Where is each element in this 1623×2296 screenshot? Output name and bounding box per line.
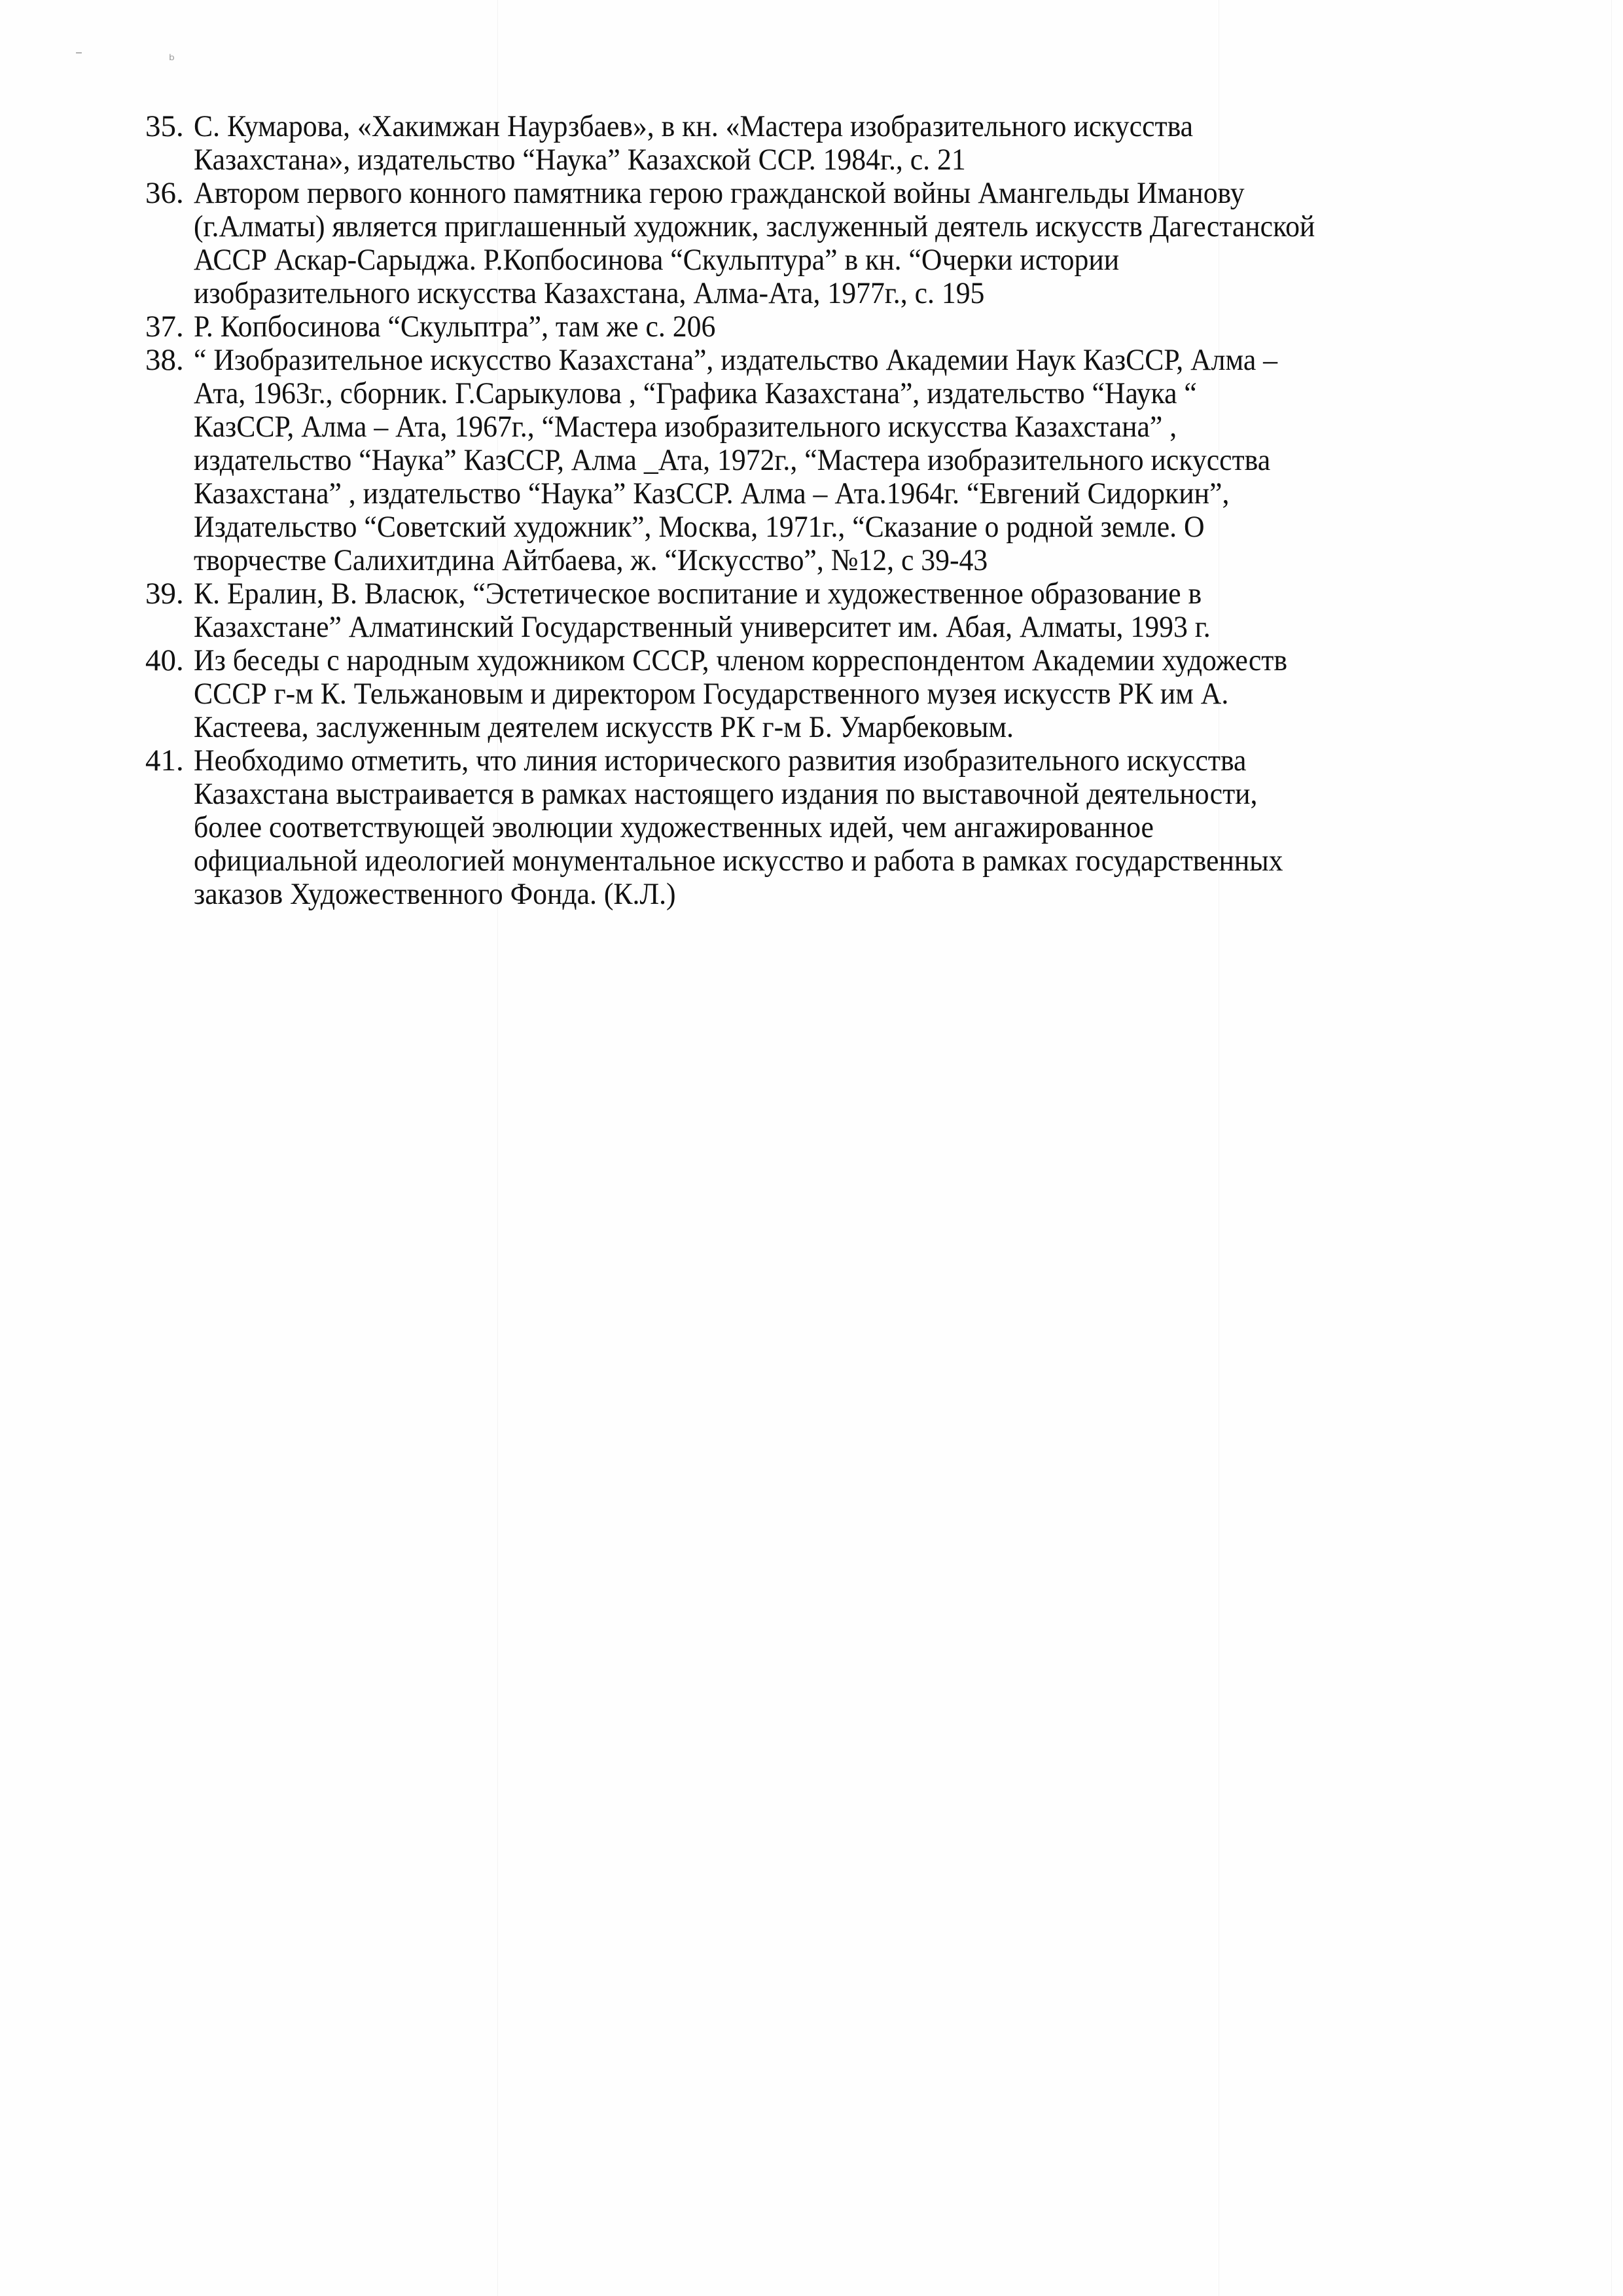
endnote-item: 36. Автором первого конного памятника ге…: [145, 177, 1533, 310]
endnote-item: 35.С. Кумарова, «Хакимжан Наурзбаев», в …: [145, 110, 1533, 177]
endnote-number: 40.: [145, 644, 184, 677]
endnote-number: 41.: [145, 744, 184, 778]
endnote-text-line: заказов Художественного Фонда. (К.Л.): [194, 878, 1439, 911]
endnote-text-line: Казахстана” , издательство “Наука” КазСС…: [194, 477, 1439, 511]
endnote-text-line: Казахстане” Алматинский Государственный …: [194, 611, 1439, 644]
endnote-number: 38.: [145, 344, 184, 377]
endnote-text-line: КазССР, Алма – Ата, 1967г., “Мастера изо…: [194, 410, 1439, 444]
scan-speck: ᵇ: [169, 52, 175, 69]
endnote-number: 35.: [145, 110, 184, 143]
endnote-text-line: Р. Копбосинова “Скульптра”, там же с. 20…: [194, 310, 1439, 344]
endnote-text-line: “ Изобразительное искусство Казахстана”,…: [194, 344, 1439, 377]
endnote-text-line: АССР Аскар-Сарыджа. Р.Копбосинова “Скуль…: [194, 243, 1439, 277]
endnote-text-line: творчестве Салихитдина Айтбаева, ж. “Иск…: [194, 544, 1439, 577]
endnote-item: 37.Р. Копбосинова “Скульптра”, там же с.…: [145, 310, 1533, 344]
endnote-number: 39.: [145, 577, 184, 611]
scanned-page: – ᵇ 35.С. Кумарова, «Хакимжан Наурзбаев»…: [0, 0, 1623, 2296]
scan-speck: –: [75, 45, 82, 61]
endnote-text-line: Казахстана», издательство “Наука” Казахс…: [194, 143, 1439, 177]
endnote-text-line: Издательство “Советский художник”, Москв…: [194, 511, 1439, 544]
endnote-item: 38.“ Изобразительное искусство Казахстан…: [145, 344, 1533, 577]
endnote-text-line: официальной идеологией монументальное ис…: [194, 844, 1439, 878]
endnote-text-line: СССР г-м К. Тельжановым и директором Гос…: [194, 677, 1439, 711]
endnote-text-line: Необходимо отметить, что линия историчес…: [194, 744, 1439, 778]
endnote-number: 37.: [145, 310, 184, 344]
endnote-text-line: Из беседы с народным художником СССР, чл…: [194, 644, 1439, 677]
endnote-item: 39.К. Ералин, В. Власюк, “Эстетическое в…: [145, 577, 1533, 644]
endnote-text-line: (г.Алматы) является приглашенный художни…: [194, 210, 1439, 243]
endnote-text-line: Казахстана выстраивается в рамках настоя…: [194, 778, 1439, 811]
endnotes-list: 35.С. Кумарова, «Хакимжан Наурзбаев», в …: [145, 110, 1533, 911]
endnote-text-line: Ата, 1963г., сборник. Г.Сарыкулова , “Гр…: [194, 377, 1439, 410]
endnote-text-line: К. Ералин, В. Власюк, “Эстетическое восп…: [194, 577, 1439, 611]
endnote-item: 40.Из беседы с народным художником СССР,…: [145, 644, 1533, 744]
endnote-text-line: изобразительного искусства Казахстана, А…: [194, 277, 1439, 310]
endnote-text-line: издательство “Наука” КазССР, Алма _Ата, …: [194, 444, 1439, 477]
endnote-number: 36.: [145, 177, 184, 210]
endnote-item: 41.Необходимо отметить, что линия истори…: [145, 744, 1533, 911]
endnote-text-line: Кастеева, заслуженным деятелем искусств …: [194, 711, 1439, 744]
endnote-text-line: С. Кумарова, «Хакимжан Наурзбаев», в кн.…: [194, 110, 1439, 143]
scan-artifact-line: [1611, 0, 1612, 2296]
endnote-text-line: более соответствующей эволюции художеств…: [194, 811, 1439, 844]
endnote-text-line: Автором первого конного памятника герою …: [194, 177, 1439, 210]
